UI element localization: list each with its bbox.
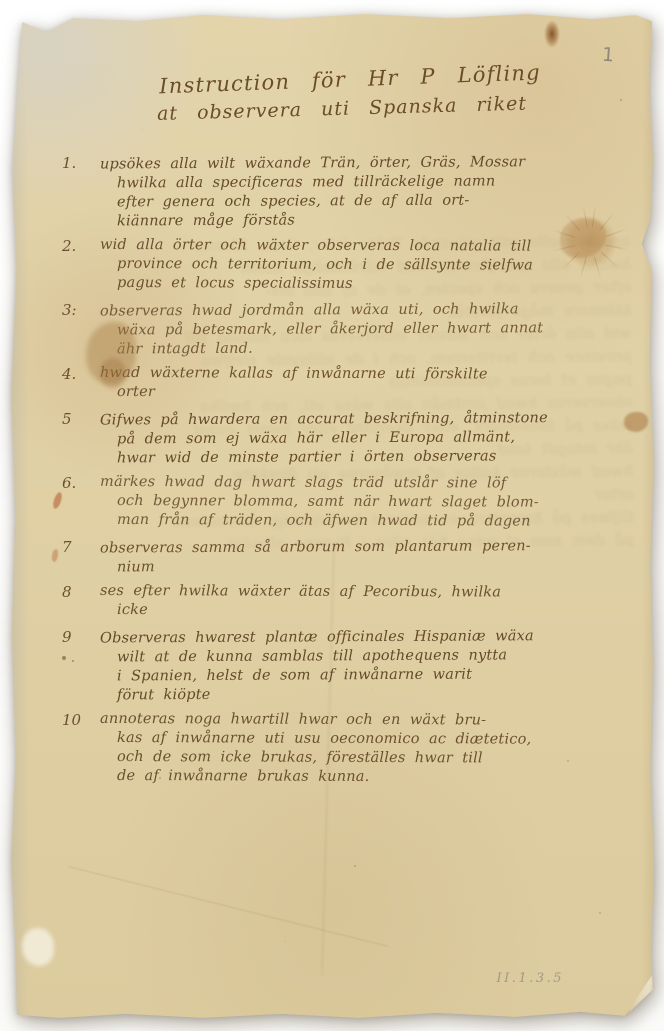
archive-mark: II.1.3.5 [497,971,564,986]
item-line: ähr intagdt land. [117,338,658,360]
item-line: province och territorium, och i de sälls… [117,255,658,276]
instruction-item-7: 7observeras samma så arborum som plantar… [8,538,658,576]
instruction-item-3: 3:observeras hwad jordmån alla wäxa uti,… [8,301,658,358]
item-number: 3: [62,301,77,319]
item-line: man från af träden, och äfwen hwad tid p… [117,511,658,532]
instruction-item-2: 2.wid alla örter och wäxter observeras l… [8,237,658,294]
item-line: hwar wid de minste partier i örten obser… [117,447,658,469]
manuscript-content: Instruction för Hr P Löfling at observer… [8,6,658,1022]
instruction-item-9: 9Observeras hwarest plantæ officinales H… [8,628,658,704]
item-number: 6. [62,474,76,492]
instruction-item-5: 5Gifwes på hwardera en accurat beskrifni… [8,410,658,467]
item-line: märkes hwad dag hwart slags träd utslår … [100,473,658,494]
item-line: ses efter hwilka wäxter ätas af Pecoribu… [100,582,658,603]
item-line: annoteras noga hwartill hwar och en wäxt… [100,710,658,731]
item-line: wid alla örter och wäxter observeras loc… [100,236,658,257]
item-line: orter [117,383,658,404]
instruction-item-1: 1.upsökes alla wilt wäxande Trän, örter,… [8,154,658,230]
item-line: de af inwånarne brukas kunna. [117,767,658,788]
paper-sheet: upsökes alla wilt wäxande Trän, örter, G… [8,6,658,1022]
item-line: kas af inwånarne uti usu oeconomico ac d… [117,729,658,750]
item-line: pagus et locus specialissimus [117,274,658,295]
item-number: 4. [62,365,76,383]
item-line: förut kiöpte [117,684,658,706]
item-line: kiännare måge förstås [117,210,658,232]
item-line: hwad wäxterne kallas af inwånarne uti fö… [100,364,658,385]
item-line: icke [117,601,658,622]
item-number: 10 [62,711,81,729]
manuscript-page: upsökes alla wilt wäxande Trän, örter, G… [8,6,658,1022]
instruction-item-10: 10annoteras noga hwartill hwar och en wä… [8,711,658,787]
item-line: och de som icke brukas, föreställes hwar… [117,748,658,769]
instruction-item-6: 6.märkes hwad dag hwart slags träd utslå… [8,474,658,531]
page-number: 1 [601,44,615,67]
item-number: 2. [62,237,76,255]
instruction-item-8: 8ses efter hwilka wäxter ätas af Pecorib… [8,583,658,621]
item-number: 8 [62,583,72,601]
foxing-spots [8,6,12,10]
manuscript-photo: upsökes alla wilt wäxande Trän, örter, G… [0,0,664,1031]
instruction-item-4: 4.hwad wäxterne kallas af inwånarne uti … [8,365,658,403]
item-number: 5 [62,410,72,428]
instruction-list: 1.upsökes alla wilt wäxande Trän, örter,… [8,154,658,787]
item-number: 7 [62,538,72,556]
item-line: och begynner blomma, samt när hwart slag… [117,492,658,513]
document-title: Instruction för Hr P Löfling at observer… [8,68,658,120]
item-line: nium [117,556,658,578]
item-number: 1. [62,154,76,172]
item-number: 9 [62,628,72,646]
